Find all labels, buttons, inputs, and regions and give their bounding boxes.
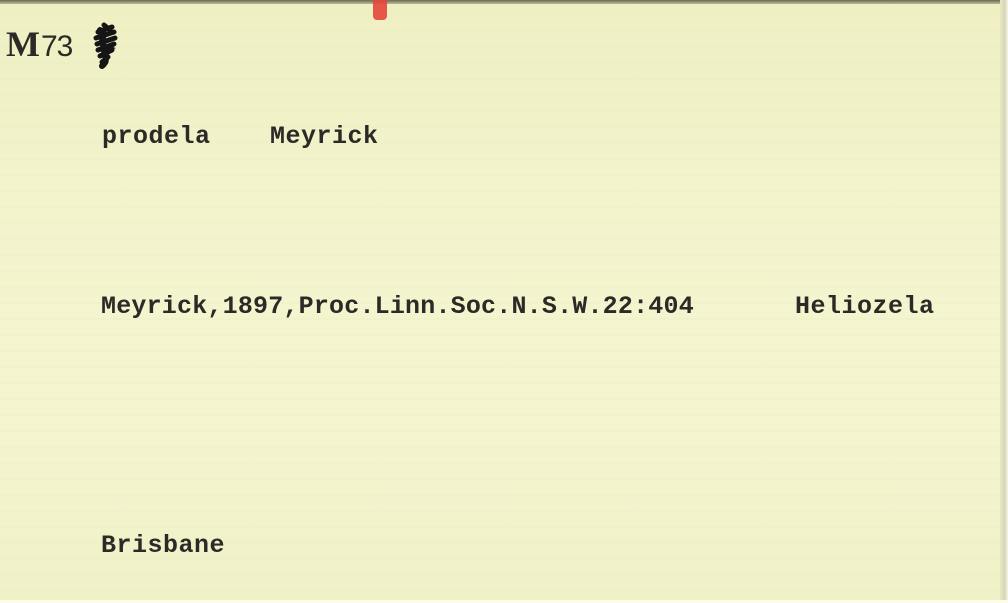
species-name: prodela [102,122,211,152]
bibliographic-citation: Meyrick,1897,Proc.Linn.Soc.N.S.W.22:404 [101,292,694,322]
handwritten-scribble-icon [90,22,120,70]
type-locality: Brisbane [101,531,225,561]
red-marker-tab [373,0,387,20]
card-id-prefix: M [6,24,39,64]
species-author: Meyrick [270,122,379,152]
card-identifier: M73 [6,24,72,67]
card-top-edge [0,0,1008,4]
card-id-number: 73 [41,30,72,63]
index-card: M73 prodela Meyrick Meyrick,1897,Proc.Li… [0,0,1008,603]
card-right-edge [1000,0,1008,603]
genus-name: Heliozela [795,292,935,322]
